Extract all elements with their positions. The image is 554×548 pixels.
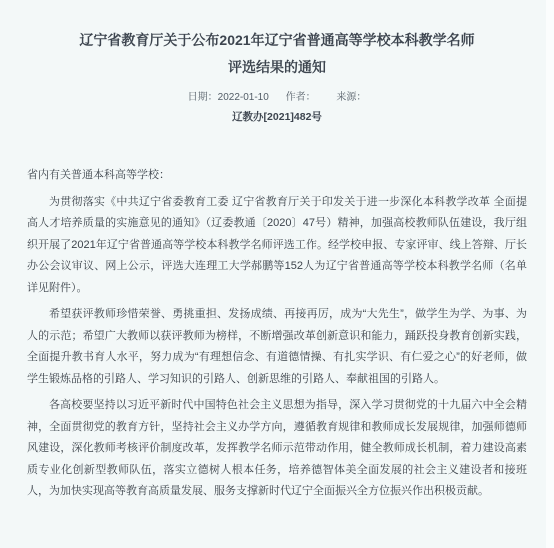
body-paragraph-1: 为贯彻落实《中共辽宁省委教育工委 辽宁省教育厅关于印发关于进一步深化本科教学改革… <box>27 192 527 300</box>
notice-article: 辽宁省教育厅关于公布2021年辽宁省普通高等学校本科教学名师 评选结果的通知 日… <box>0 0 554 503</box>
body-paragraph-3: 各高校要坚持以习近平新时代中国特色社会主义思想为指导，深入学习贯彻党的十九届六中… <box>27 395 527 503</box>
page-title: 辽宁省教育厅关于公布2021年辽宁省普通高等学校本科教学名师 评选结果的通知 <box>27 27 527 81</box>
meta-date-label: 日期： <box>188 92 218 103</box>
meta-author-label: 作者： <box>286 91 316 105</box>
notice-page: { "article": { "title_lines": [ "辽宁省教育厅关… <box>0 0 554 548</box>
page-title-line-1: 辽宁省教育厅关于公布2021年辽宁省普通高等学校本科教学名师 <box>27 27 527 54</box>
meta-source-label: 来源： <box>336 91 366 105</box>
article-meta: 日期：2022-01-10 作者： 来源： <box>27 91 527 105</box>
scrollbar-track[interactable] <box>546 0 554 548</box>
body-paragraph-2: 希望获评教师珍惜荣誉、勇挑重担、发扬成绩、再接再厉，成为“大先生”，做学生为学、… <box>27 304 527 390</box>
page-title-line-2: 评选结果的通知 <box>27 54 527 81</box>
meta-date: 日期：2022-01-10 <box>188 91 269 105</box>
meta-date-value: 2022-01-10 <box>218 92 269 103</box>
salutation: 省内有关普通本科高等学校： <box>27 165 527 187</box>
document-number: 辽教办[2021]482号 <box>27 110 527 124</box>
